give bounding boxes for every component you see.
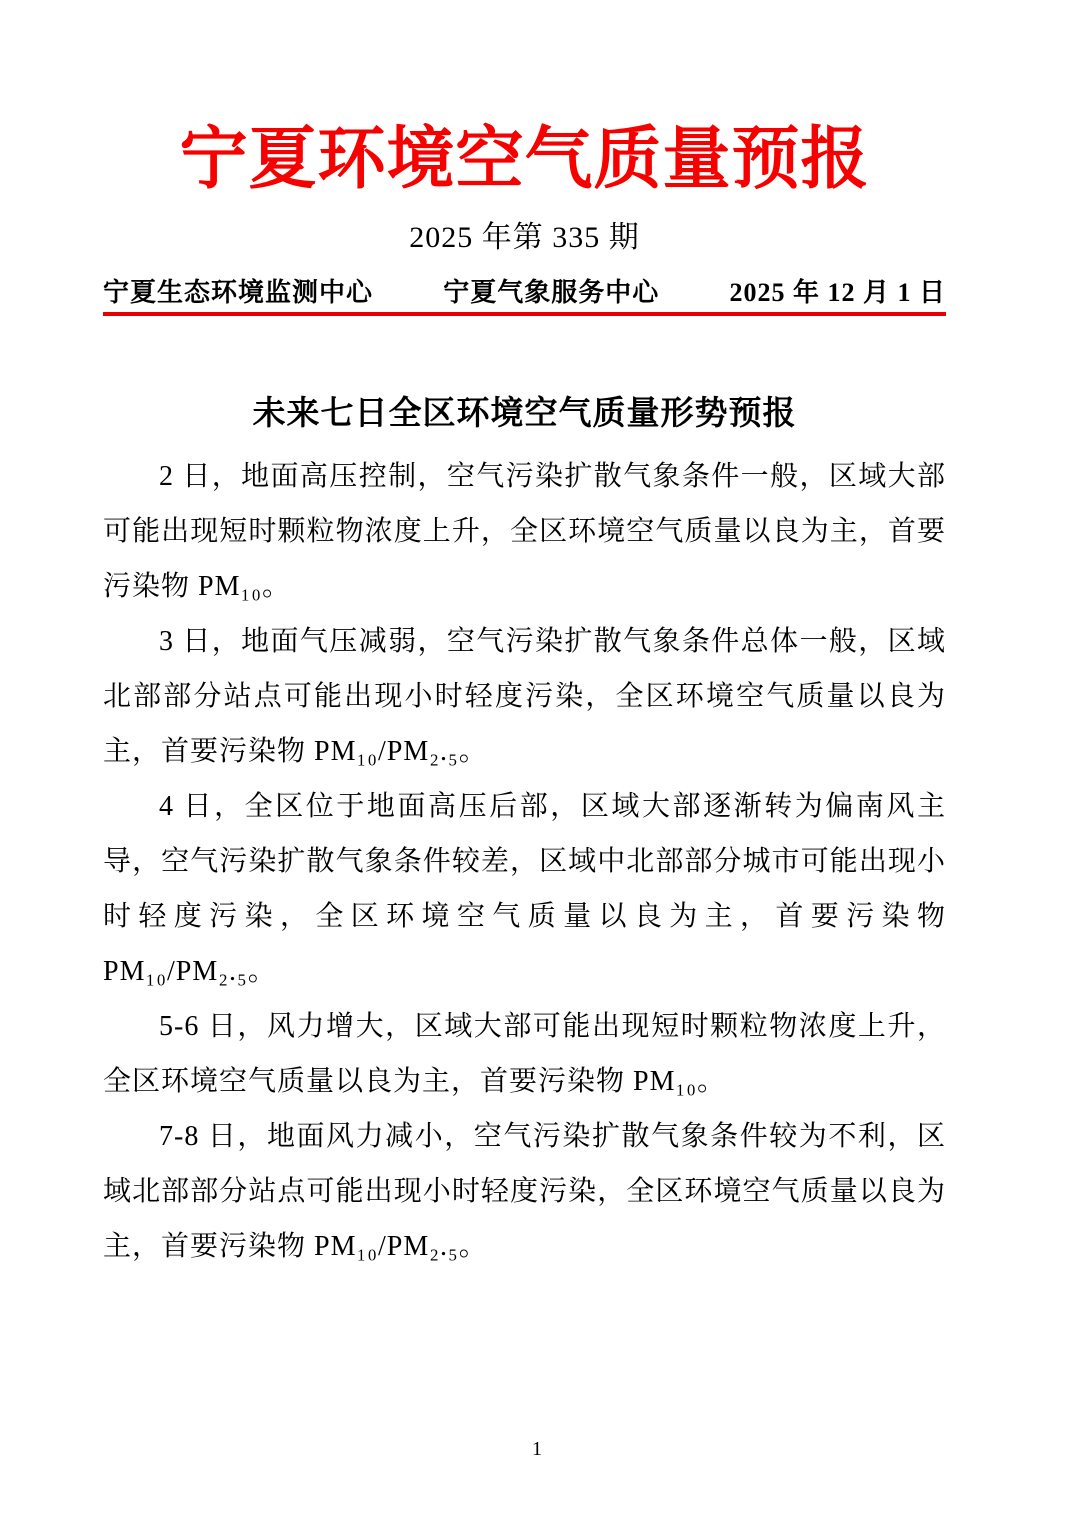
- page-number: 1: [0, 1437, 1074, 1461]
- document-header: 宁夏环境空气质量预报 2025 年第 335 期 宁夏生态环境监测中心 宁夏气象…: [103, 0, 946, 316]
- issue-number: 2025 年第 335 期: [103, 220, 946, 256]
- issuer-weather-center: 宁夏气象服务中心: [443, 278, 659, 308]
- document-page: 宁夏环境空气质量预报 2025 年第 335 期 宁夏生态环境监测中心 宁夏气象…: [0, 0, 1074, 1520]
- issuer-monitoring-center: 宁夏生态环境监测中心: [103, 278, 373, 308]
- issuer-row: 宁夏生态环境监测中心 宁夏气象服务中心 2025 年 12 月 1 日: [103, 278, 946, 316]
- forecast-paragraph-day3: 3 日，地面气压减弱，空气污染扩散气象条件总体一般，区域北部部分站点可能出现小时…: [103, 614, 946, 779]
- forecast-paragraph-day2: 2 日，地面高压控制，空气污染扩散气象条件一般，区域大部可能出现短时颗粒物浓度上…: [103, 449, 946, 614]
- forecast-paragraph-day5-6: 5-6 日，风力增大，区域大部可能出现短时颗粒物浓度上升，全区环境空气质量以良为…: [103, 999, 946, 1109]
- forecast-paragraph-day4: 4 日，全区位于地面高压后部，区域大部逐渐转为偏南风主导，空气污染扩散气象条件较…: [103, 779, 946, 999]
- section-heading: 未来七日全区环境空气质量形势预报: [103, 392, 946, 434]
- forecast-paragraph-day7-8: 7-8 日，地面风力减小，空气污染扩散气象条件较为不利，区域北部部分站点可能出现…: [103, 1109, 946, 1274]
- forecast-section: 未来七日全区环境空气质量形势预报 2 日，地面高压控制，空气污染扩散气象条件一般…: [103, 392, 946, 1274]
- forecast-body: 2 日，地面高压控制，空气污染扩散气象条件一般，区域大部可能出现短时颗粒物浓度上…: [103, 449, 946, 1274]
- issue-date: 2025 年 12 月 1 日: [729, 278, 946, 308]
- document-title: 宁夏环境空气质量预报: [103, 0, 946, 200]
- document-content: 宁夏环境空气质量预报 2025 年第 335 期 宁夏生态环境监测中心 宁夏气象…: [103, 0, 946, 1274]
